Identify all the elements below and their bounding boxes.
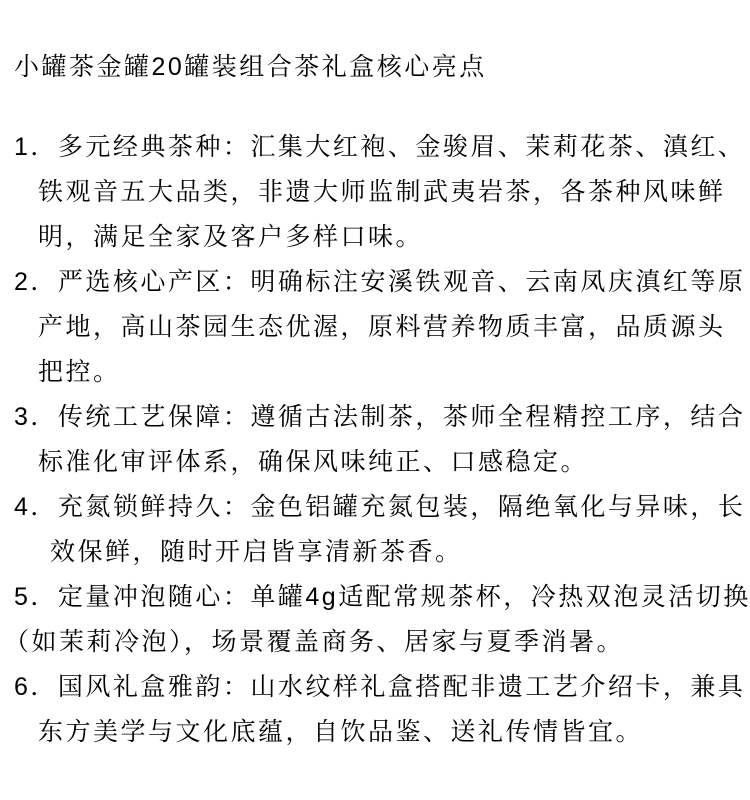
list-item-1: 1．多元经典茶种：汇集大红袍、金骏眉、茉莉花茶、滇红、 铁观音五大品类，非遗大师… — [0, 125, 750, 260]
item-3-line-1: 3．传统工艺保障：遵循古法制茶，茶师全程精控工序，结合 — [0, 395, 750, 440]
highlights-list: 1．多元经典茶种：汇集大红袍、金骏眉、茉莉花茶、滇红、 铁观音五大品类，非遗大师… — [0, 125, 750, 755]
list-item-6: 6．国风礼盒雅韵：山水纹样礼盒搭配非遗工艺介绍卡，兼具 东方美学与文化底蕴，自饮… — [0, 665, 750, 755]
item-2-line-1: 2．严选核心产区：明确标注安溪铁观音、云南凤庆滇红等原 — [0, 260, 750, 305]
document-page: 小罐茶金罐20罐装组合茶礼盒核心亮点 1．多元经典茶种：汇集大红袍、金骏眉、茉莉… — [0, 0, 750, 755]
item-5-line-2: （如茉莉冷泡），场景覆盖商务、居家与夏季消暑。 — [0, 620, 750, 665]
item-2-line-2: 产地，高山茶园生态优渥，原料营养物质丰富，品质源头 — [0, 305, 750, 350]
item-2-line-3: 把控。 — [0, 350, 750, 395]
list-item-5: 5．定量冲泡随心：单罐4g适配常规茶杯，冷热双泡灵活切换 （如茉莉冷泡），场景覆… — [0, 575, 750, 665]
item-3-line-2: 标准化审评体系，确保风味纯正、口感稳定。 — [0, 440, 750, 485]
item-1-line-1: 1．多元经典茶种：汇集大红袍、金骏眉、茉莉花茶、滇红、 — [0, 125, 750, 170]
item-1-line-2: 铁观音五大品类，非遗大师监制武夷岩茶，各茶种风味鲜 — [0, 170, 750, 215]
list-item-2: 2．严选核心产区：明确标注安溪铁观音、云南凤庆滇红等原 产地，高山茶园生态优渥，… — [0, 260, 750, 395]
item-1-line-3: 明，满足全家及客户多样口味。 — [0, 215, 750, 260]
item-5-line-1: 5．定量冲泡随心：单罐4g适配常规茶杯，冷热双泡灵活切换 — [0, 575, 750, 620]
item-6-line-1: 6．国风礼盒雅韵：山水纹样礼盒搭配非遗工艺介绍卡，兼具 — [0, 665, 750, 710]
list-item-3: 3．传统工艺保障：遵循古法制茶，茶师全程精控工序，结合 标准化审评体系，确保风味… — [0, 395, 750, 485]
item-4-line-1: 4．充氮锁鲜持久：金色铝罐充氮包装，隔绝氧化与异味，长 — [0, 485, 750, 530]
list-item-4: 4．充氮锁鲜持久：金色铝罐充氮包装，隔绝氧化与异味，长 效保鲜，随时开启皆享清新… — [0, 485, 750, 575]
item-6-line-2: 东方美学与文化底蕴，自饮品鉴、送礼传情皆宜。 — [0, 710, 750, 755]
item-4-line-2: 效保鲜，随时开启皆享清新茶香。 — [0, 530, 750, 575]
page-title: 小罐茶金罐20罐装组合茶礼盒核心亮点 — [0, 45, 750, 90]
